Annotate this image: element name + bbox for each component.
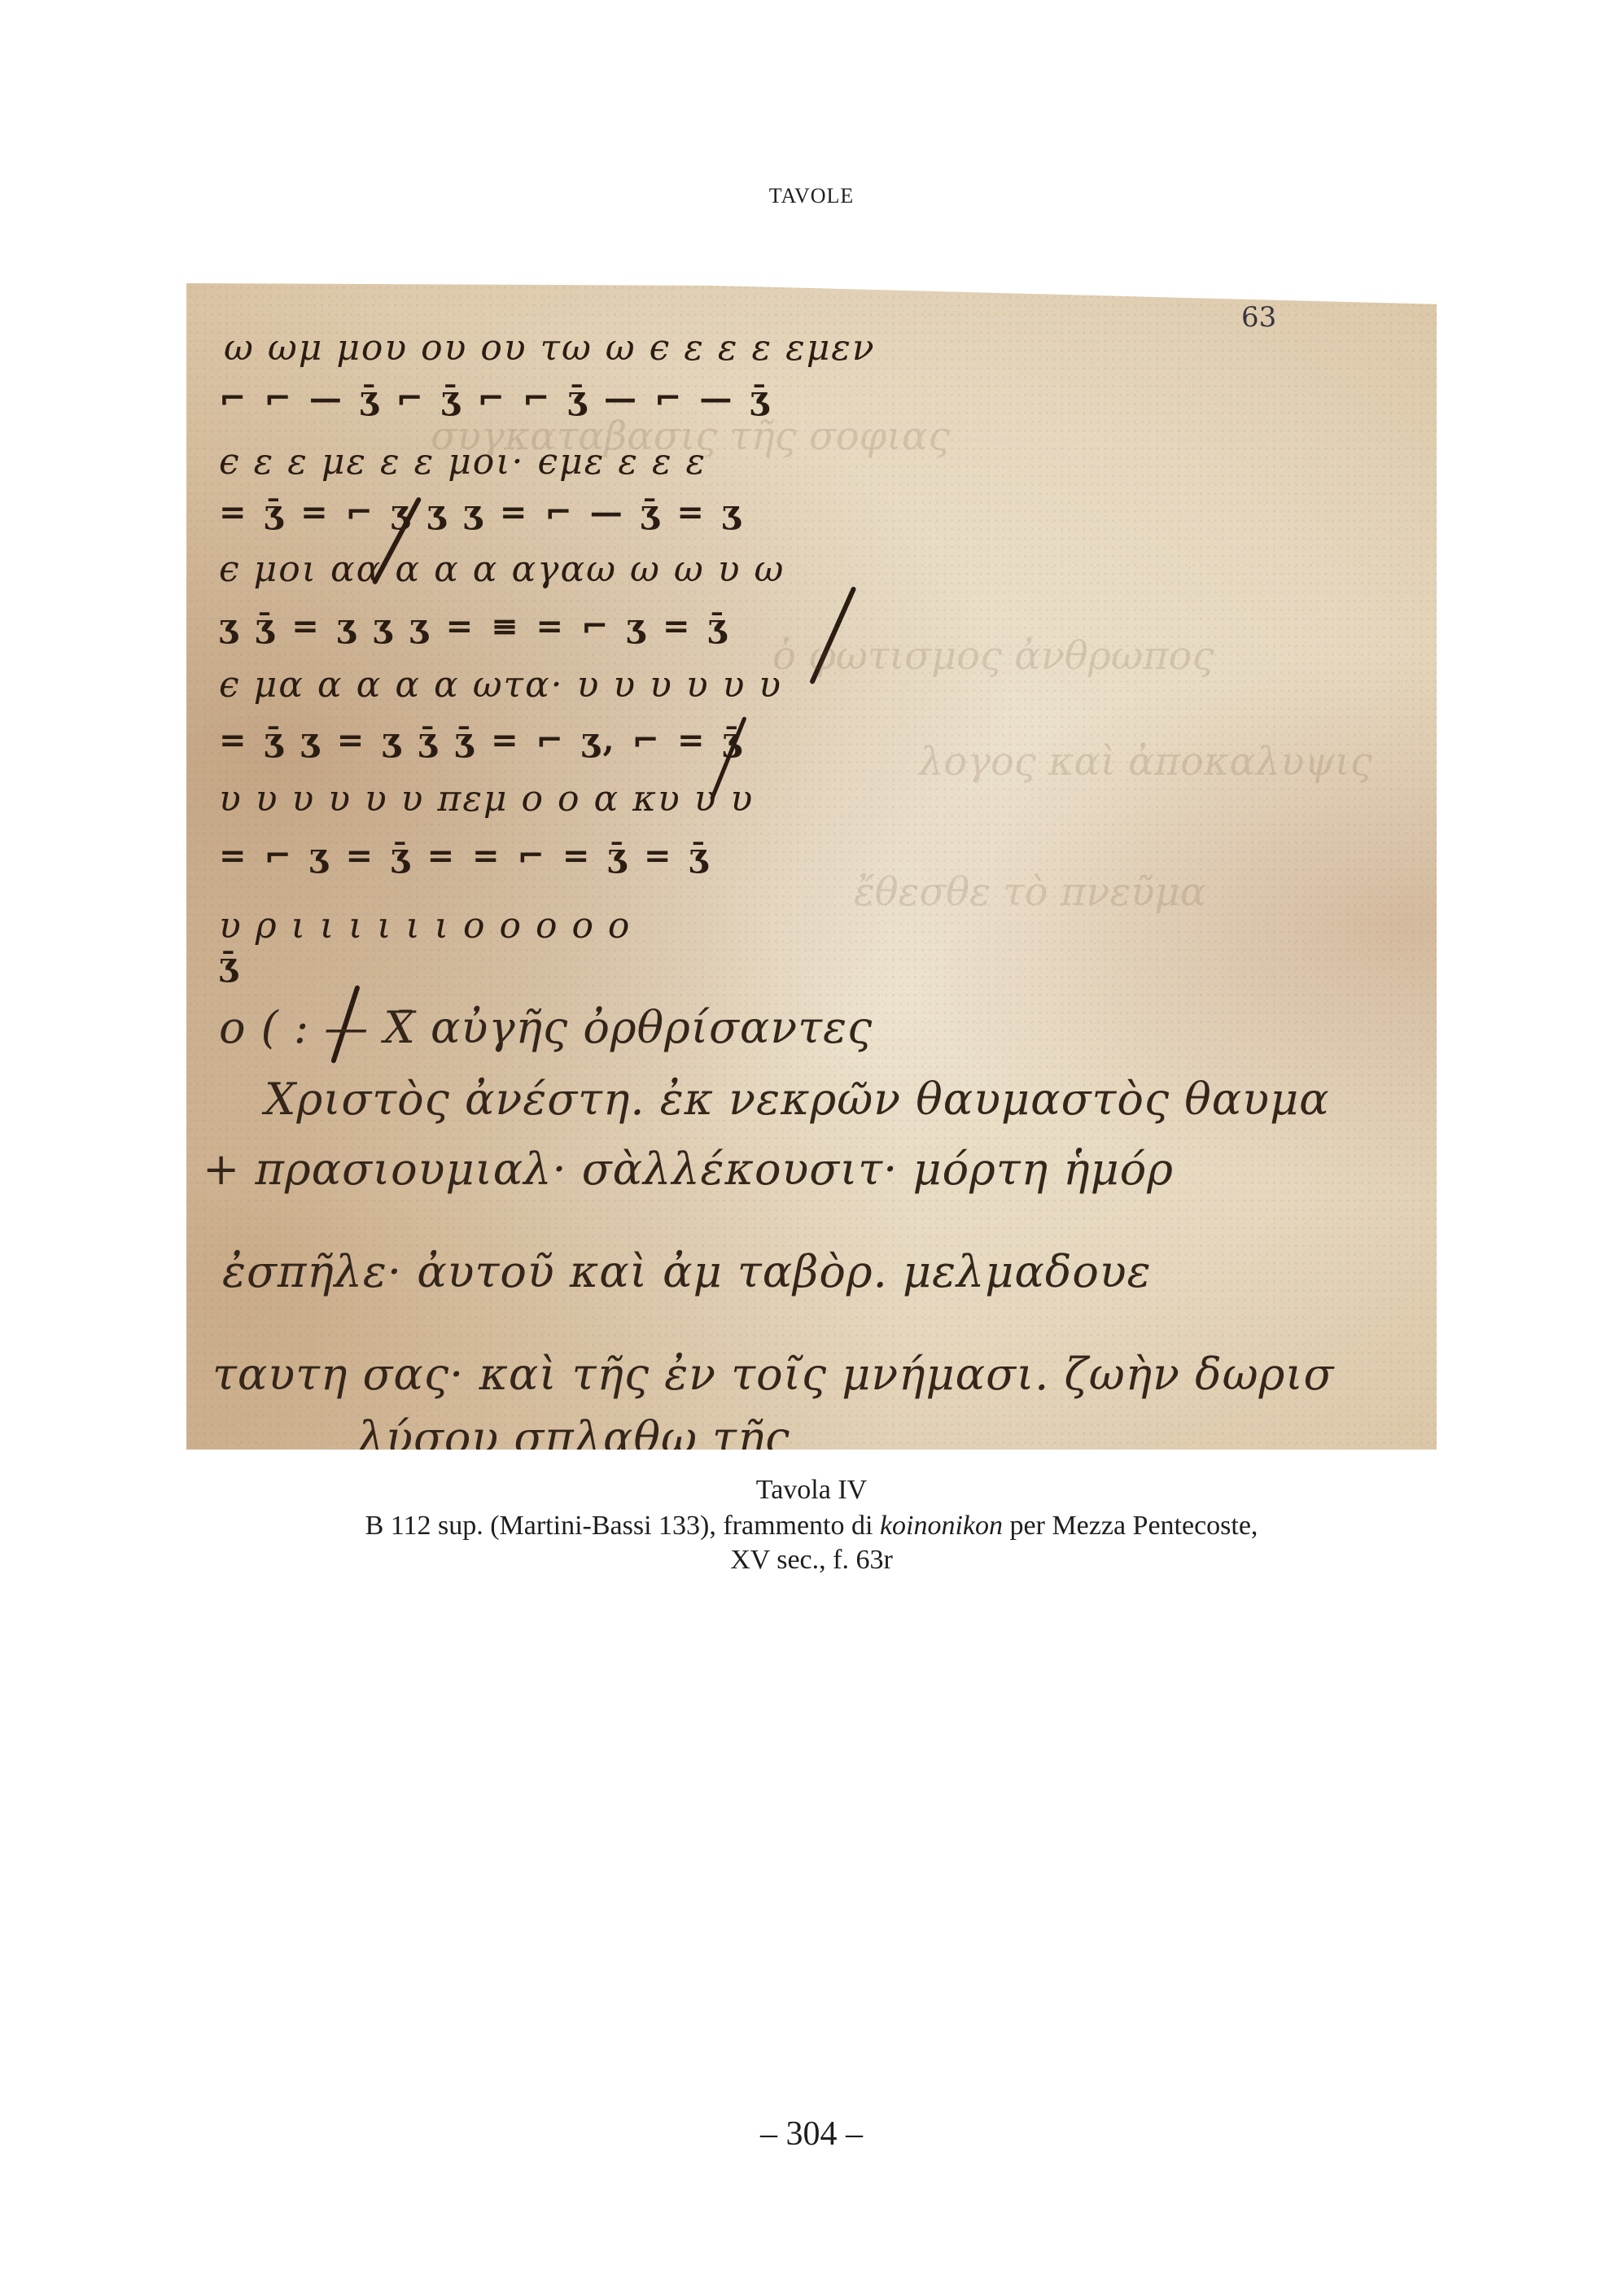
show-through-text: λογος καὶ ἀποκαλυψις [919,739,1372,785]
neume-line: = ʒ̄ = ⌐ ʒ ʒ ʒ = ⌐ — ʒ̄ = ʒ [219,496,744,529]
caption-italic-term: koinonikon [880,1511,1003,1541]
manuscript-text-line: ϵ ε ε με ε ε μοι· ϵμε ε ε ε [219,444,707,480]
page-number: – 304 – [0,2115,1623,2154]
manuscript-text-line: ϵ μοι αα α α α αγαω ω ω υ ω [219,552,785,588]
plate-label: Tavola IV [0,1475,1623,1506]
manuscript-plate-image: 63 συγκαταβασις τῆς σοφιαςὁ φωτισμος ἀνθ… [186,283,1437,1450]
show-through-text: ἔθεσθε τὸ πνεῦμα [854,869,1206,915]
manuscript-text-line: ἐσπῆλε· ἀυτοῦ καὶ ἀμ ταβὸρ. μελμαδουε [222,1250,1152,1294]
neume-line: ʒ ʒ̄ = ʒ ʒ ʒ = ≡ = ⌐ ʒ = ʒ̄ [219,610,729,643]
caption-text: per Mezza Pentecoste, [1003,1511,1258,1541]
manuscript-text-line: Χριστὸς ἀνέστη. ἐκ νεκρῶν θαυμαστὸς θαυμ… [265,1078,1330,1122]
running-head: TAVOLE [0,184,1623,208]
manuscript-text-line: ϵ μα α α α α ωτα· υ υ υ υ υ υ [219,667,782,703]
manuscript-text-line: υ υ υ υ υ υ πεμ ο ο α κυ υ υ [219,781,754,817]
neume-line: = ʒ̄ ʒ = ʒ ʒ̄ ʒ̄ = ⌐ ʒ, ⌐ = ʒ̄ [219,724,744,757]
neume-line: = ⌐ ʒ = ʒ̄ = = ⌐ = ʒ̄ = ʒ̄ [219,840,711,872]
show-through-text: ὁ φωτισμος ἀνθρωπος [772,633,1214,679]
manuscript-text-line: + πρασιουμιαλ· σὰλλέκουσιτ· μόρτη ἡμόρ [203,1148,1174,1192]
manuscript-text-line: λύσου σπλαθω τῆς [357,1416,790,1450]
folio-number: 63 [1241,301,1276,334]
plate-description: B 112 sup. (Martini-Bassi 133), framment… [0,1511,1623,1542]
caption-text: B 112 sup. (Martini-Bassi 133), framment… [365,1511,880,1541]
plate-dating: XV sec., f. 63r [0,1545,1623,1576]
manuscript-text-line: ταυτη σας· καὶ τῆς ἐν τοῖς μνήμασι. ζωὴν… [212,1353,1334,1397]
neume-line: ʒ̄ [219,949,241,982]
manuscript-text-line: ο ( : — Χ̄ αὐγῆς ὀρθρίσαντες [219,1006,873,1050]
manuscript-text-line: υ ρ ι ι ι ι ι ι ο ο ο ο ο [219,908,631,944]
manuscript-text-line: ω ωμ μου ου ου τω ω ϵ ε ε ε εμεν [224,330,876,366]
neume-line: ⌐ ⌐ — ʒ̄ ⌐ ʒ̄ ⌐ ⌐ ʒ̄ — ⌐ — ʒ̄ [219,383,772,415]
